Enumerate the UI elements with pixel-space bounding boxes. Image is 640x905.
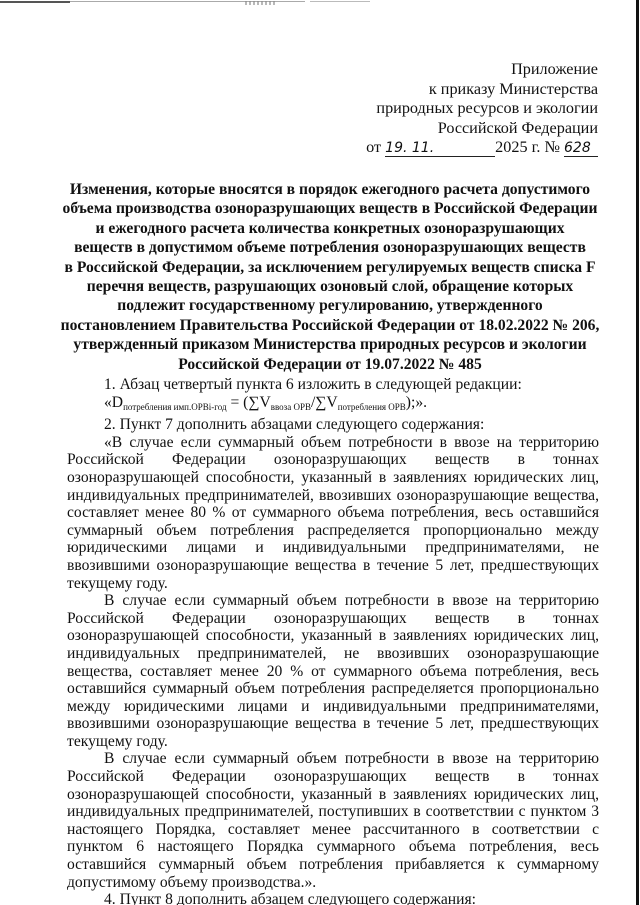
document-title: Изменения, которые вносятся в порядок еж… — [60, 180, 600, 374]
appendix-header: Приложение к приказу Министерства природ… — [366, 60, 598, 158]
formula-subscript: ввоза ОРВ — [271, 402, 311, 412]
title-line: веществ в допустимом объеме потребления … — [60, 238, 600, 257]
formula-subscript: потребления имп.ОРВi-год — [123, 402, 226, 412]
appendix-date-line: от 19. 11.2025 г. № 628 — [366, 138, 598, 158]
appendix-label: Приложение — [366, 60, 598, 80]
title-line: утвержденный приказом Министерства приро… — [60, 335, 600, 354]
paragraph: «В случае если суммарный объем потребнос… — [67, 434, 599, 592]
date-field: 19. 11. — [385, 139, 495, 157]
appendix-ministry: природных ресурсов и экологии — [366, 99, 598, 119]
title-line: постановлением Правительства Российской … — [60, 316, 600, 335]
formula-part: );». — [406, 394, 427, 411]
scan-line — [0, 1, 70, 3]
paragraph: В случае если суммарный объем потребност… — [67, 750, 599, 891]
paragraph: В случае если суммарный объем потребност… — [67, 592, 599, 750]
scan-artifact-top — [0, 0, 640, 3]
appendix-country: Российской Федерации — [366, 119, 598, 139]
title-line: подлежит государственному регулированию,… — [60, 296, 600, 315]
item-4: 4. Пункт 8 дополнить абзацем следующего … — [67, 891, 599, 905]
formula-subscript: потребления ОРВ — [338, 402, 406, 412]
scan-artifact-right-edge — [636, 0, 639, 905]
title-line: Российской Федерации от 19.07.2022 № 485 — [60, 355, 600, 374]
formula: «Dпотребления имп.ОРВi-год = (∑Vввоза ОР… — [67, 394, 599, 417]
title-line: в Российской Федерации, за исключением р… — [60, 258, 600, 277]
formula-part: «D — [104, 394, 123, 411]
scan-smudge — [245, 1, 275, 5]
item-2: 2. Пункт 7 дополнить абзацами следующего… — [67, 416, 599, 434]
date-prefix: от — [366, 138, 381, 156]
item-1: 1. Абзац четвертый пункта 6 изложить в с… — [67, 376, 599, 394]
scan-line — [310, 1, 370, 2]
formula-part: /∑V — [311, 394, 338, 411]
formula-part: = (∑V — [227, 394, 271, 411]
title-line: и ежегодного расчета количества конкретн… — [60, 219, 600, 238]
handwritten-number: 628 — [564, 140, 591, 156]
number-field: 628 — [564, 139, 598, 157]
year-label: 2025 г. № — [495, 138, 560, 156]
title-line: объема производства озоноразрушающих вещ… — [60, 199, 600, 218]
appendix-order-ref: к приказу Министерства — [366, 80, 598, 100]
document-body: 1. Абзац четвертый пункта 6 изложить в с… — [67, 376, 599, 905]
handwritten-date: 19. 11. — [385, 140, 434, 156]
title-line: перечня веществ, разрушающих озоновый сл… — [60, 277, 600, 296]
title-line: Изменения, которые вносятся в порядок еж… — [60, 180, 600, 199]
